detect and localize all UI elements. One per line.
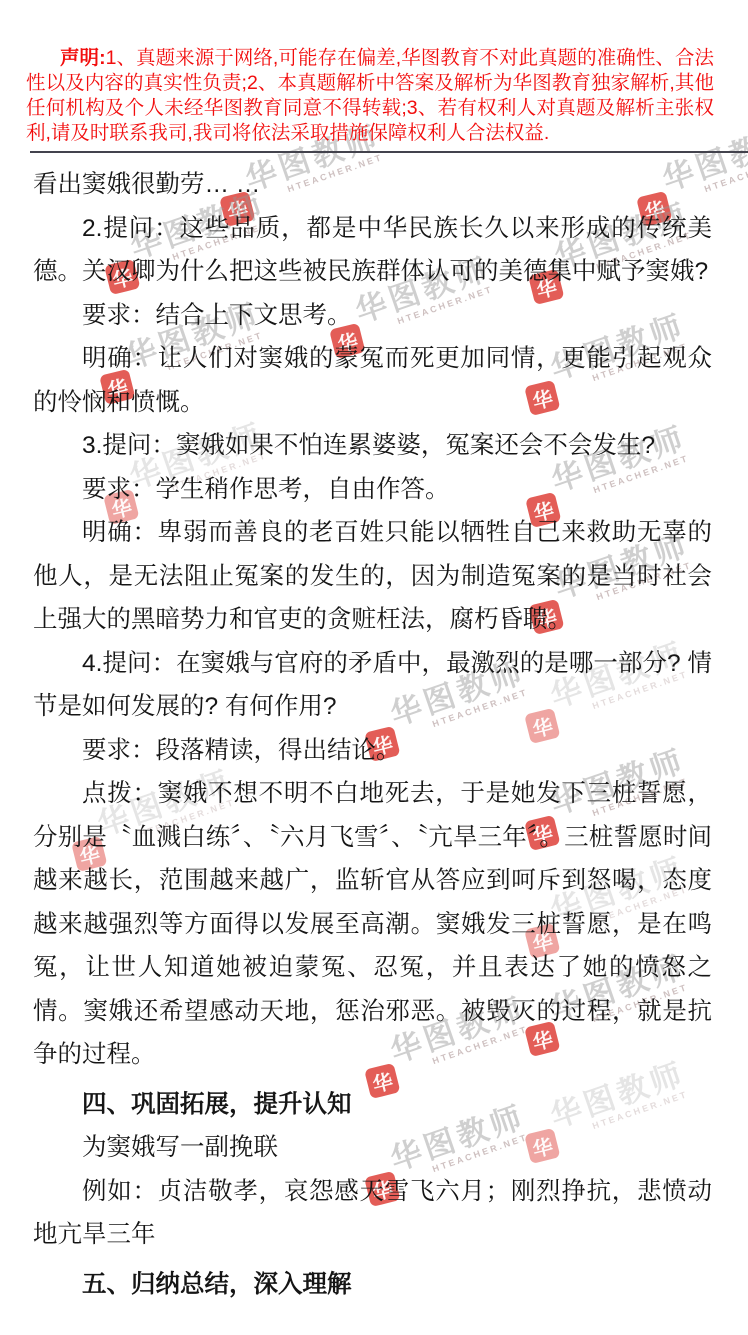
document-page: 华华图教师HTEACHER.NET华华图教师HTEACHER.NET华华图教师H… [0,0,748,1335]
paragraph: 2.提问：这些品质，都是中华民族长久以来形成的传统美德。关汉卿为什么把这些被民族… [33,207,712,294]
paragraph: 看出窦娥很勤劳… … [33,163,712,207]
section-heading: 五、归纳总结，深入理解 [33,1263,712,1307]
paragraph: 要求：结合上下文思考。 [33,294,712,338]
paragraph: 点拨：窦娥不想不明不白地死去，于是她发下三桩誓愿，分别是〝血溅白练〞、〝六月飞雪… [33,772,712,1077]
paragraph: 明确：让人们对窦娥的蒙冤而死更加同情，更能引起观众的怜悯和愤慨。 [33,337,712,424]
paragraph: 3.提问：窦娥如果不怕连累婆婆，冤案还会不会发生? [33,424,712,468]
disclaimer-label: 声明: [60,47,106,69]
section-heading: 四、巩固拓展，提升认知 [33,1083,712,1127]
divider-line [30,151,748,153]
paragraph: 明确：卑弱而善良的老百姓只能以牺牲自己来救助无辜的他人，是无法阻止冤案的发生的，… [33,511,712,642]
disclaimer: 声明:1、真题来源于网络,可能存在偏差,华图教育不对此真题的准确性、合法性以及内… [26,46,714,146]
paragraph: 为窦娥写一副挽联 [33,1126,712,1170]
disclaimer-text: 1、真题来源于网络,可能存在偏差,华图教育不对此真题的准确性、合法性以及内容的真… [26,47,714,144]
paragraph: 要求：学生稍作思考，自由作答。 [33,468,712,512]
paragraph: 要求：段落精读，得出结论。 [33,729,712,773]
paragraph: 4.提问：在窦娥与官府的矛盾中，最激烈的是哪一部分? 情节是如何发展的? 有何作… [33,642,712,729]
document-body: 看出窦娥很勤劳… … 2.提问：这些品质，都是中华民族长久以来形成的传统美德。关… [33,163,712,1306]
paragraph: 例如：贞洁敬孝，哀怨感天雪飞六月；刚烈挣抗，悲愤动地亢旱三年 [33,1170,712,1257]
